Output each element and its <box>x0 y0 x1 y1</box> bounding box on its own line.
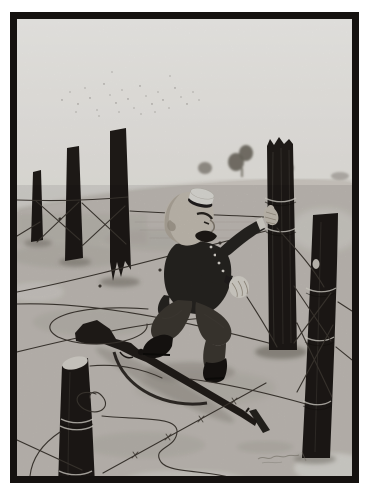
illustration-plate <box>0 0 369 500</box>
barbed-wire-soldier-illustration <box>0 0 369 500</box>
halftone-grain-ground <box>17 185 352 483</box>
